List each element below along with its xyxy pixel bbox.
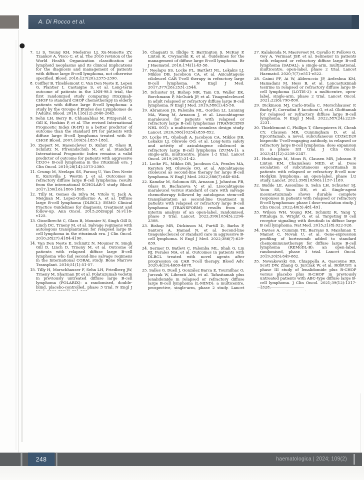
reference-entry: 9. Sehn LH, Berry B, Chhanabhai M, Fitzg… [30,116,132,142]
margin-vertical-rule [22,49,23,442]
reference-text: Caimi PF, Ai W, Alderuccio JP, Ardeshna … [260,76,356,102]
reference-text: Abramson JS, Palomba ML, Gordon LI, Lunn… [148,108,244,134]
margin-marker-dot [20,43,25,48]
reference-entry: 17. Neelapu SS, Locke FL, Bartlett NL, L… [142,68,244,90]
reference-entry: 12. Tilly H, Gomes da Silva M, Vitolo U,… [30,192,132,218]
reference-text: Salles G, Duell J, González Barca E, Tou… [148,268,244,291]
reference-text: Li S, Young KH, Medeiros LJ, Xu-Monette … [36,50,132,80]
reference-entry: 30. Thieblemont C, Phillips T, Ghesquier… [254,126,356,156]
reference-text: Locke FL, Ghobadi A, Jacobson CA, Miklos… [148,135,244,161]
reference-entry: 33. Wilson WH, Young RM, Schmitz R, Yang… [254,210,356,227]
reference-number: 8. [30,81,34,86]
reference-text: Bishop MR, Dickinson M, Purtill D, Barba… [148,223,244,245]
reference-entry: 11. Crump M, Neelapu SS, Farooq U, Van D… [30,170,132,192]
references-column-3: 27. Kalakonda N, Maerevoet M, Cavallo F,… [254,50,356,291]
reference-number: 36. [254,290,260,291]
reference-entry: 7. Li S, Young KH, Medeiros LJ, Xu-Monet… [30,50,132,80]
page-spine-line-faint [16,40,17,450]
reference-entry: 10. Ziepert M, Hasenclever D, Kuhnt E, G… [30,143,132,169]
reference-text: Chaganti S, Illidge T, Barrington S, McK… [148,50,244,67]
page-bottom-margin [0,466,364,480]
reference-text: Kamdar M, Solomon SR, Arnason J, Johnsto… [148,179,244,223]
references-column-1: 7. Li S, Young KH, Medeiros LJ, Xu-Monet… [30,50,132,291]
footer-separator-left [21,453,23,466]
reference-text: Sehn LH, Berry B, Chhanabhai M, Fitzgera… [36,116,133,142]
reference-entry: 20. Locke FL, Ghobadi A, Jacobson CA, Mi… [142,135,244,161]
reference-text: Thieblemont C, Phillips T, Ghesquieres H… [260,125,356,156]
reference-entry: 29. Dickinson MJ, Carlo-Stella C, Morsch… [254,103,356,125]
reference-entry: 24. Sermer D, Batlevi C, Palomba ML, Sha… [142,246,244,268]
reference-entry: 22. Kamdar M, Solomon SR, Arnason J, Joh… [142,180,244,223]
journal-page: A. Di Rocco et al. 7. Li S, Young KH, Me… [0,0,364,480]
reference-text: Crump M, Neelapu SS, Farooq U, Van Den N… [36,169,132,191]
references-block: 7. Li S, Young KH, Medeiros LJ, Xu-Monet… [30,50,357,291]
footer-end-tick [354,454,355,465]
reference-entry: 19. Abramson JS, Palomba ML, Gordon LI, … [142,108,244,134]
reference-text: Tilly H, Morschhauser F, Sehn LH, Friedb… [36,267,132,290]
running-head-end-cap [352,15,359,29]
reference-entry: 34. Davies A, Cummin TE, Barrans S, Mais… [254,228,356,258]
reference-entry: 28. Caimi PF, Ai W, Alderuccio JP, Ardes… [254,77,356,103]
reference-text: Dickinson MJ, Carlo-Stella C, Morschhaus… [260,103,356,125]
column3-end-rule [257,287,304,288]
reference-text: Nowakowski GS, Chiappella A, Gascoyne RD… [260,259,356,290]
reference-text: Kalakonda N, Maerevoet M, Cavallo F, Fol… [260,50,356,76]
reference-text: Schuster SJ, Bishop MR, Tam CS, Waller E… [148,90,244,108]
reference-number: 7. [30,50,34,54]
header-side-block [0,15,19,28]
reference-entry: 27. Kalakonda N, Maerevoet M, Cavallo F,… [254,50,356,76]
reference-text: Davies A, Cummin TE, Barrans S, Maishman… [260,228,356,259]
reference-entry: 15. Tilly H, Morschhauser F, Sehn LH, Fr… [30,268,132,291]
footer-separator-right [56,453,57,466]
reference-entry: 14. Van Den Neste E, Schmitz N, Mounier … [30,241,132,267]
footer-bar: 248 haematologica | 2024; 109(2) [0,453,362,466]
page-spine-line [18,30,19,453]
reference-entry: 23. Bishop MR, Dickinson M, Purtill D, B… [142,224,244,246]
reference-entry: 31. Hutchings M, Mous R, Clausen MR, Joh… [254,157,356,183]
references-column-2: 16. Chaganti S, Illidge T, Barrington S,… [142,50,244,291]
reference-entry: 35. Nowakowski GS, Chiappella A, Gascoyn… [254,259,356,289]
page-number-badge: 248 [28,453,55,466]
reference-entry: 32. Budde LE, Assouline S, Sehn LH, Schu… [254,183,356,209]
footer-journal-line: haematologica | 2024; 109(2) [276,453,347,466]
reference-text: Gisselbrecht C, Glass B, Mounier N, Sing… [36,218,132,240]
reference-entry: 13. Gisselbrecht C, Glass B, Mounier N, … [30,219,132,241]
reference-number: 9. [30,116,34,121]
reference-text: Sermer D, Batlevi C, Palomba ML, Shah G,… [148,246,244,268]
running-head-bar: A. Di Rocco et al. [28,15,359,29]
reference-entry: 21. Locke FL, Miklos DB, Jacobson CA, Pe… [142,162,244,179]
running-head-author: A. Di Rocco et al. [28,19,85,26]
reference-entry: 16. Chaganti S, Illidge T, Barrington S,… [142,50,244,67]
reference-text: Budde LE, Assouline S, Sehn LH, Schuster… [260,183,356,209]
reference-text: Coiffier B, Thieblemont C, Van Den Neste… [35,81,133,116]
reference-text: Locke FL, Miklos DB, Jacobson CA, Perale… [148,161,244,179]
reference-text: Hutchings M, Mous R, Clausen MR, Johnson… [260,156,356,182]
reference-entry: 18. Schuster SJ, Bishop MR, Tam CS, Wall… [142,90,244,107]
reference-text: Van Den Neste E, Schmitz N, Mounier N, S… [36,241,132,267]
reference-text: Wilson WH, Young RM, Schmitz R, Yang Y, … [260,210,356,228]
reference-entry: 36. Younes A, Sehn LH, Johnson P, Zinzan… [254,290,356,291]
page-canvas: A. Di Rocco et al. 7. Li S, Young KH, Me… [0,0,364,480]
reference-entry: 8. Coiffier B, Thieblemont C, Van Den Ne… [30,81,132,116]
reference-entry: 25. Salles G, Duell J, González Barca E,… [142,268,244,290]
reference-text: Younes A, Sehn LH, Johnson P, Zinzani PL… [260,290,356,291]
reference-text: Tilly H, Gomes da Silva M, Vitolo U, Jac… [36,192,132,218]
reference-text: Ziepert M, Hasenclever D, Kuhnt E, Glass… [36,143,132,169]
reference-text: Neelapu SS, Locke FL, Bartlett NL, Lekak… [148,68,244,90]
